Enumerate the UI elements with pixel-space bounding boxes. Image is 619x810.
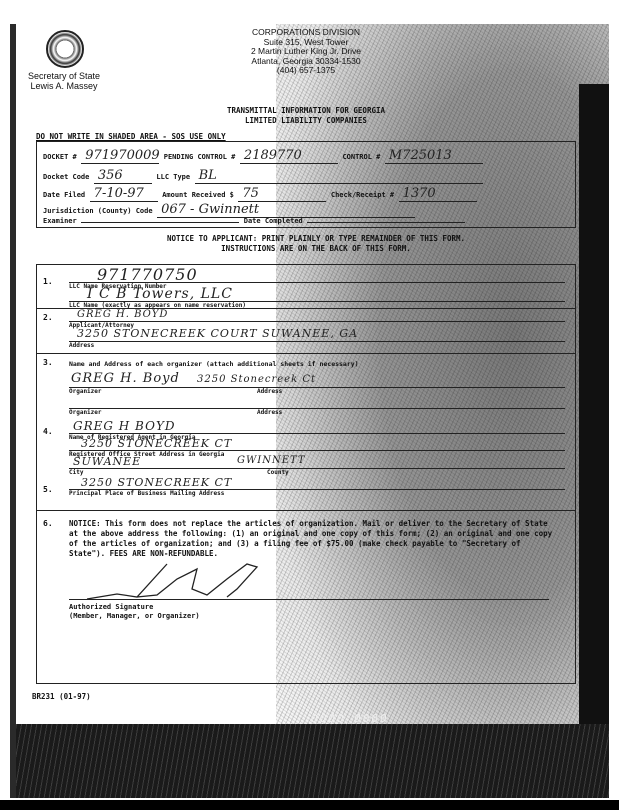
- form-id: BR231 (01-97): [32, 692, 91, 701]
- date-filed-row: Date Filed 7-10-97 Amount Received $ 75 …: [43, 186, 477, 202]
- division-address: CORPORATIONS DIVISION Suite 315, West To…: [206, 28, 406, 76]
- section-notice: 6. NOTICE: This form does not replace th…: [37, 511, 575, 683]
- date-filed-field[interactable]: 7-10-97: [90, 186, 158, 202]
- signature-field[interactable]: [69, 599, 549, 600]
- applicant-address-field[interactable]: 3250 STONECREEK COURT SUWANEE, GA: [77, 327, 358, 340]
- docket-code-row: Docket Code 356 LLC Type BL: [43, 168, 483, 184]
- scan-edge: [10, 24, 16, 798]
- document-page: Secretary of State Lewis A. Massey CORPO…: [10, 24, 609, 798]
- section-llc-name: 1. 971770750 LLC Name Reservation Number…: [37, 265, 575, 309]
- secretary-of-state: Secretary of State Lewis A. Massey: [24, 71, 104, 91]
- scan-dark-bottom: [16, 724, 609, 798]
- pending-control-field[interactable]: 2189770: [240, 148, 338, 164]
- examiner-row: Examiner Date Completed: [43, 216, 465, 225]
- section-applicant: 2. GREG H. BOYD Applicant/Attorney 3250 …: [37, 309, 575, 354]
- control-field[interactable]: M725013: [385, 148, 483, 164]
- docket-row: DOCKET # 971970009 PENDING CONTROL # 218…: [43, 148, 483, 164]
- filing-notice: NOTICE: This form does not replace the a…: [69, 519, 559, 559]
- llc-name-field[interactable]: I C B Towers, LLC: [87, 286, 233, 302]
- check-receipt-field[interactable]: 1370: [399, 186, 477, 202]
- organizer-1-address-field[interactable]: 3250 Stonecreek Ct: [197, 374, 316, 385]
- microfilm-stamp: 0000 0000: [311, 712, 389, 725]
- organizer-1-name-field[interactable]: GREG H. Boyd: [71, 371, 180, 386]
- principal-place-field[interactable]: 3250 STONECREEK CT: [81, 476, 232, 489]
- state-seal-icon: [46, 30, 84, 68]
- city-field[interactable]: SUWANEE: [73, 455, 141, 468]
- signature-scribble-icon: [77, 559, 277, 604]
- docket-code-field[interactable]: 356: [94, 168, 152, 184]
- applicant-form: 1. 971770750 LLC Name Reservation Number…: [36, 264, 576, 684]
- scan-bottom-bar: [0, 800, 619, 810]
- registered-office-street-field[interactable]: 3250 STONECREEK CT: [81, 437, 232, 450]
- section-principal-place: 5. 3250 STONECREEK CT Principal Place of…: [37, 473, 575, 511]
- county-field[interactable]: GWINNETT: [237, 455, 306, 466]
- date-completed-field[interactable]: [307, 222, 465, 223]
- applicant-field[interactable]: GREG H. BOYD: [77, 309, 168, 320]
- llc-type-field[interactable]: BL: [195, 168, 483, 184]
- organizer-2-field[interactable]: [69, 408, 565, 409]
- registered-agent-field[interactable]: GREG H BOYD: [73, 419, 175, 433]
- signature-label: Authorized Signature (Member, Manager, o…: [69, 603, 200, 621]
- amount-received-field[interactable]: 75: [238, 186, 326, 202]
- form-title: TRANSMITTAL INFORMATION FOR GEORGIA LIMI…: [196, 106, 416, 126]
- examiner-field[interactable]: [81, 222, 239, 223]
- sos-use-heading: DO NOT WRITE IN SHADED AREA - SOS USE ON…: [36, 132, 226, 141]
- scan-dark-edge: [579, 84, 609, 784]
- notice-to-applicant: NOTICE TO APPLICANT: PRINT PLAINLY OR TY…: [76, 234, 556, 254]
- docket-field[interactable]: 971970009: [81, 148, 159, 164]
- sos-use-area: DOCKET # 971970009 PENDING CONTROL # 218…: [36, 141, 576, 228]
